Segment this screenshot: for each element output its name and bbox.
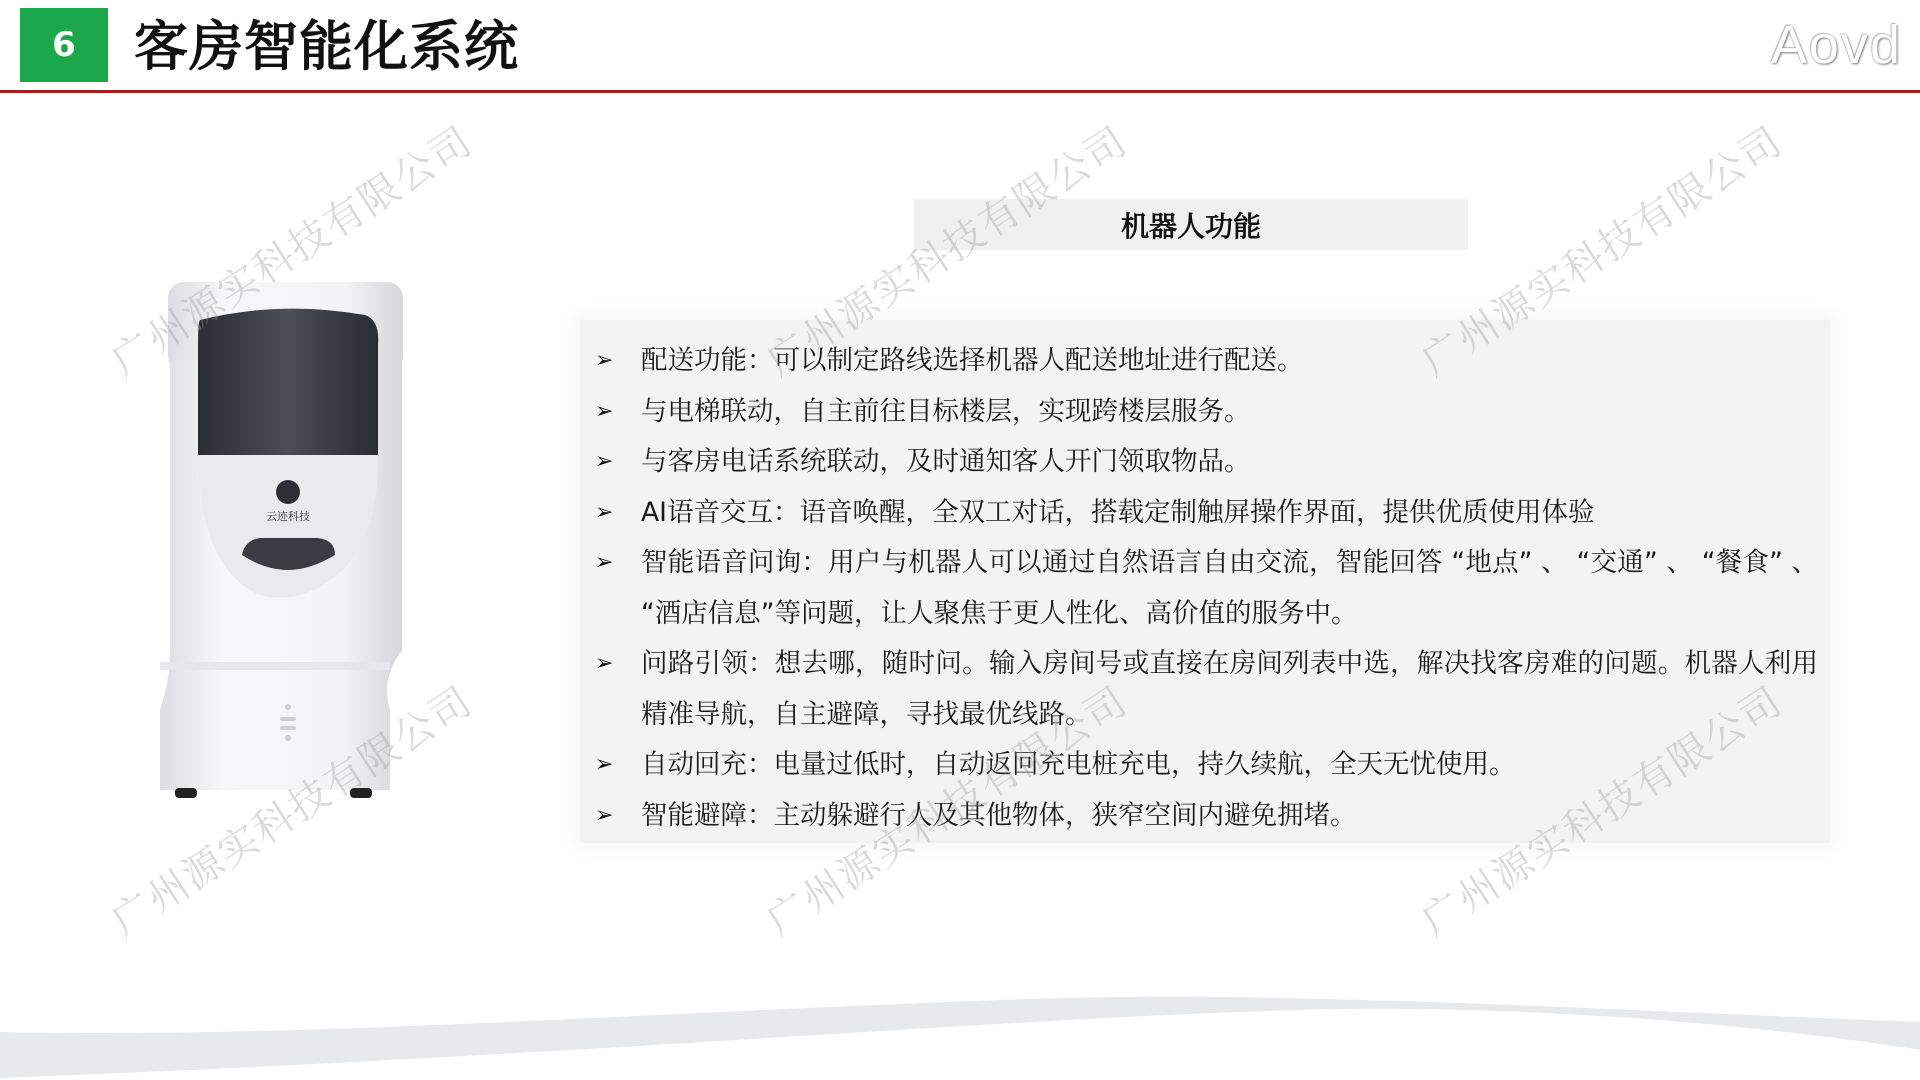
- arrow-bullet-icon: ➢: [593, 791, 641, 842]
- robot-brand-label: 云迹科技: [266, 509, 310, 523]
- feature-list: ➢配送功能：可以制定路线选择机器人配送地址进行配送。 ➢与电梯联动，自主前往目标…: [593, 336, 1818, 841]
- arrow-bullet-icon: ➢: [593, 740, 641, 791]
- brand-logo: Aovd: [1771, 14, 1902, 76]
- section-title-box: 机器人功能: [914, 199, 1468, 250]
- arrow-bullet-icon: ➢: [593, 639, 641, 690]
- decorative-wave: [0, 960, 1920, 1080]
- section-title: 机器人功能: [1121, 205, 1261, 245]
- feature-item: ➢与客房电话系统联动，及时通知客人开门领取物品。: [593, 437, 1818, 488]
- feature-item: ➢智能避障：主动躲避行人及其他物体，狭窄空间内避免拥堵。: [593, 791, 1818, 842]
- section-number-badge: 6: [20, 8, 108, 82]
- feature-item: ➢自动回充：电量过低时，自动返回充电桩充电，持久续航，全天无忧使用。: [593, 740, 1818, 791]
- feature-item: ➢配送功能：可以制定路线选择机器人配送地址进行配送。: [593, 336, 1818, 387]
- section-number: 6: [52, 25, 76, 65]
- robot-image: 云迹科技: [140, 270, 410, 805]
- feature-item: ➢问路引领：想去哪，随时问。输入房间号或直接在房间列表中选，解决找客房难的问题。…: [593, 639, 1818, 740]
- header-divider: [0, 90, 1920, 93]
- page-title: 客房智能化系统: [134, 12, 519, 82]
- arrow-bullet-icon: ➢: [593, 538, 641, 589]
- arrow-bullet-icon: ➢: [593, 387, 641, 438]
- arrow-bullet-icon: ➢: [593, 488, 641, 539]
- feature-item: ➢智能语音问询：用户与机器人可以通过自然语言自由交流，智能回答 “地点” 、 “…: [593, 538, 1818, 639]
- arrow-bullet-icon: ➢: [593, 336, 641, 387]
- arrow-bullet-icon: ➢: [593, 437, 641, 488]
- feature-item: ➢与电梯联动，自主前往目标楼层，实现跨楼层服务。: [593, 387, 1818, 438]
- feature-item: ➢AI语音交互：语音唤醒，全双工对话，搭载定制触屏操作界面，提供优质使用体验: [593, 488, 1818, 539]
